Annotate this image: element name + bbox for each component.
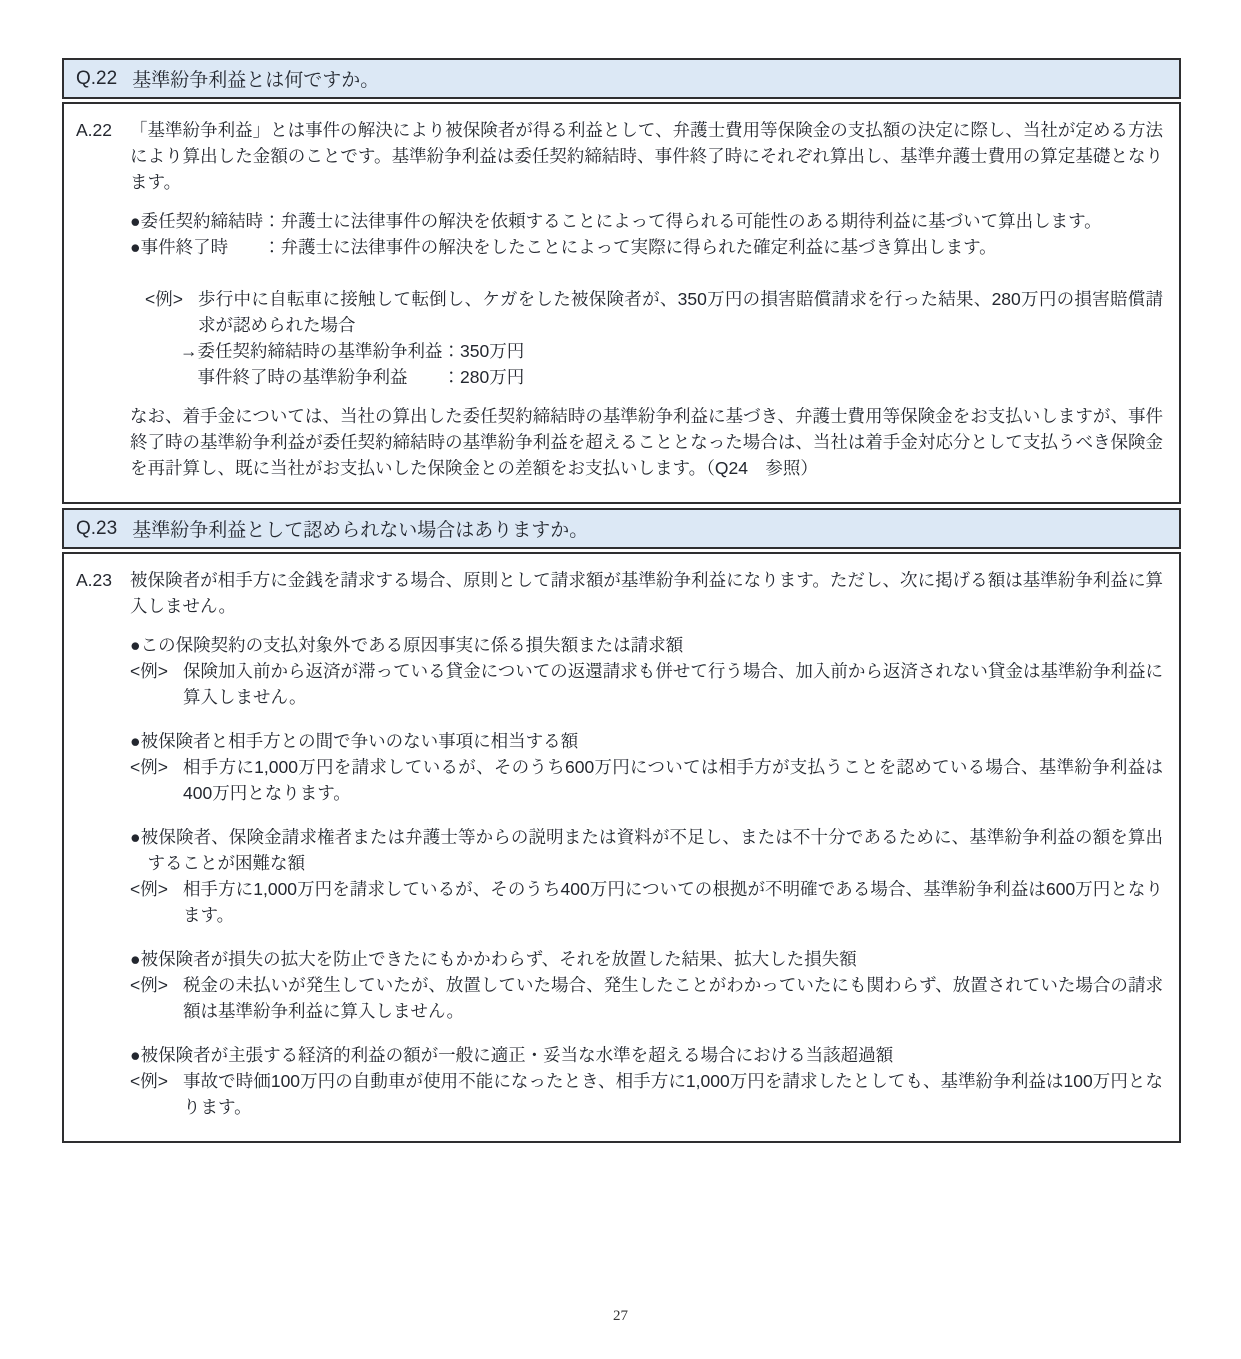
example-text: 相手方に1,000万円を請求しているが、そのうち400万円についての根拠が不明確…: [183, 876, 1163, 928]
example-block: <例> 事故で時価100万円の自動車が使用不能になったとき、相手方に1,000万…: [130, 1068, 1163, 1120]
bullet-item: ●事件終了時 ：弁護士に法律事件の解決をしたことによって実際に得られた確定利益に…: [130, 234, 1163, 260]
answer-box-a22: A.22 「基準紛争利益」とは事件の解決により被保険者が得る利益として、弁護士費…: [62, 102, 1181, 504]
question-text: 基準紛争利益として認められない場合はありますか。: [132, 515, 588, 542]
example-text: 歩行中に自転車に接触して転倒し、ケガをした被保険者が、350万円の損害賠償請求を…: [198, 286, 1163, 338]
page-number: 27: [0, 1308, 1241, 1325]
example-block: <例> 歩行中に自転車に接触して転倒し、ケガをした被保険者が、350万円の損害賠…: [145, 286, 1163, 390]
bullet-item: ●被保険者と相手方との間で争いのない事項に相当する額: [130, 728, 1163, 754]
example-label: <例>: [130, 876, 174, 928]
question-header-q23: Q.23 基準紛争利益として認められない場合はありますか。: [62, 508, 1181, 549]
example-label: <例>: [130, 754, 174, 806]
document-content: Q.22 基準紛争利益とは何ですか。 A.22 「基準紛争利益」とは事件の解決に…: [62, 58, 1181, 1147]
example-body: 歩行中に自転車に接触して転倒し、ケガをした被保険者が、350万円の損害賠償請求を…: [198, 286, 1163, 390]
qa-section-q22: Q.22 基準紛争利益とは何ですか。 A.22 「基準紛争利益」とは事件の解決に…: [62, 58, 1181, 504]
exclusion-item: ●被保険者と相手方との間で争いのない事項に相当する額 <例> 相手方に1,000…: [130, 728, 1163, 806]
answer-body: 「基準紛争利益」とは事件の解決により被保険者が得る利益として、弁護士費用等保険金…: [130, 117, 1163, 481]
bullet-item: ●この保険契約の支払対象外である原因事実に係る損失額または請求額: [130, 632, 1163, 658]
example-label: <例>: [130, 658, 174, 710]
example-text: 税金の未払いが発生していたが、放置していた場合、発生したことがわかっていたにも関…: [183, 972, 1163, 1024]
question-text: 基準紛争利益とは何ですか。: [132, 65, 379, 92]
example-block: <例> 相手方に1,000万円を請求しているが、そのうち600万円については相手…: [130, 754, 1163, 806]
question-label: Q.23: [76, 518, 117, 540]
answer-label: A.22: [76, 117, 120, 481]
answer-closing-paragraph: なお、着手金については、当社の算出した委任契約締結時の基準紛争利益に基づき、弁護…: [130, 403, 1163, 481]
question-header-q22: Q.22 基準紛争利益とは何ですか。: [62, 58, 1181, 99]
example-text: 事故で時価100万円の自動車が使用不能になったとき、相手方に1,000万円を請求…: [183, 1068, 1163, 1120]
example-block: <例> 相手方に1,000万円を請求しているが、そのうち400万円についての根拠…: [130, 876, 1163, 928]
example-text: 保険加入前から返済が滞っている貸金についての返還請求も併せて行う場合、加入前から…: [183, 658, 1163, 710]
question-label: Q.22: [76, 68, 117, 90]
example-block: <例> 保険加入前から返済が滞っている貸金についての返還請求も併せて行う場合、加…: [130, 658, 1163, 710]
example-block: <例> 税金の未払いが発生していたが、放置していた場合、発生したことがわかってい…: [130, 972, 1163, 1024]
answer-body: 被保険者が相手方に金銭を請求する場合、原則として請求額が基準紛争利益になります。…: [130, 567, 1163, 1120]
exclusion-item: ●この保険契約の支払対象外である原因事実に係る損失額または請求額 <例> 保険加…: [130, 632, 1163, 710]
bullet-item: ●被保険者が損失の拡大を防止できたにもかかわらず、それを放置した結果、拡大した損…: [130, 946, 1163, 972]
answer-intro-paragraph: 被保険者が相手方に金銭を請求する場合、原則として請求額が基準紛争利益になります。…: [130, 567, 1163, 619]
example-label: <例>: [130, 1068, 174, 1120]
answer-label: A.23: [76, 567, 120, 1120]
bullet-list: ●委任契約締結時：弁護士に法律事件の解決を依頼することによって得られる可能性のあ…: [130, 208, 1163, 260]
exclusion-item-list: ●この保険契約の支払対象外である原因事実に係る損失額または請求額 <例> 保険加…: [130, 632, 1163, 1120]
bullet-item: ●被保険者、保険金請求権者または弁護士等からの説明または資料が不足し、または不十…: [130, 824, 1163, 876]
answer-box-a23: A.23 被保険者が相手方に金銭を請求する場合、原則として請求額が基準紛争利益に…: [62, 552, 1181, 1143]
qa-section-q23: Q.23 基準紛争利益として認められない場合はありますか。 A.23 被保険者が…: [62, 508, 1181, 1143]
example-label: <例>: [130, 972, 174, 1024]
answer-intro-paragraph: 「基準紛争利益」とは事件の解決により被保険者が得る利益として、弁護士費用等保険金…: [130, 117, 1163, 195]
bullet-item: ●被保険者が主張する経済的利益の額が一般に適正・妥当な水準を超える場合における当…: [130, 1042, 1163, 1068]
example-text: 相手方に1,000万円を請求しているが、そのうち600万円については相手方が支払…: [183, 754, 1163, 806]
bullet-item: ●委任契約締結時：弁護士に法律事件の解決を依頼することによって得られる可能性のあ…: [130, 208, 1163, 234]
exclusion-item: ●被保険者が主張する経済的利益の額が一般に適正・妥当な水準を超える場合における当…: [130, 1042, 1163, 1120]
exclusion-item: ●被保険者、保険金請求権者または弁護士等からの説明または資料が不足し、または不十…: [130, 824, 1163, 928]
example-result: →委任契約締結時の基準紛争利益：350万円 事件終了時の基準紛争利益 ：280万…: [180, 338, 1163, 390]
exclusion-item: ●被保険者が損失の拡大を防止できたにもかかわらず、それを放置した結果、拡大した損…: [130, 946, 1163, 1024]
